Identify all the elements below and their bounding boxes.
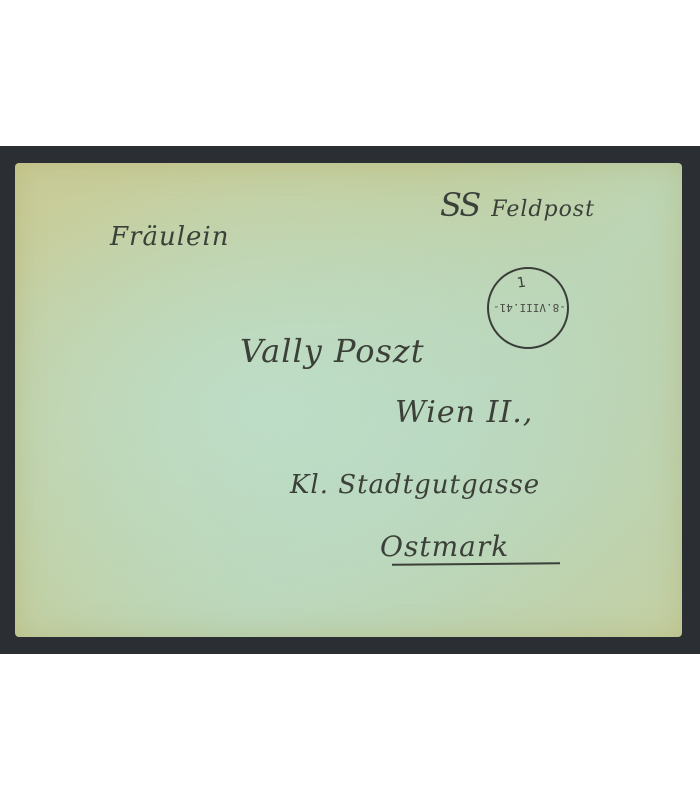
address-region: Ostmark: [380, 530, 509, 563]
postmark-number: 1: [516, 274, 527, 291]
ss-runes-mark: SS: [440, 186, 479, 224]
service-mark: SS Feldpost: [440, 186, 595, 224]
address-city: Wien II.,: [395, 395, 533, 430]
postmark-stamp: 1 -8.VIII.41-: [487, 267, 569, 349]
recipient-name: Vally Poszt: [240, 332, 425, 370]
feldpost-text: Feldpost: [491, 197, 595, 222]
postmark-date: -8.VIII.41-: [493, 301, 566, 314]
salutation-text: Fräulein: [110, 222, 229, 252]
address-street: Kl. Stadtgutgasse: [290, 470, 540, 500]
